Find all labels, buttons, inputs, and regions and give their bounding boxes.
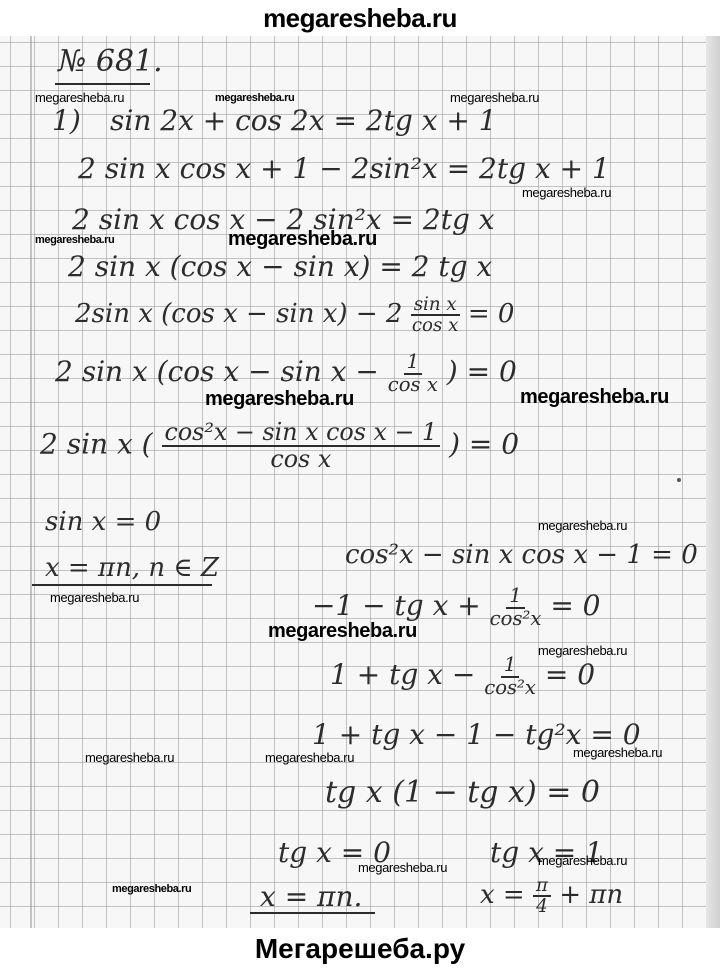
case2-eq3: 1 + tg x − 1cos²x = 0 bbox=[330, 655, 595, 698]
watermark: megaresheba.ru bbox=[35, 234, 114, 246]
footer-site-banner: Мегарешеба.ру bbox=[0, 928, 720, 969]
margin-line bbox=[30, 36, 32, 928]
watermark: megaresheba.ru bbox=[228, 228, 377, 251]
equation-line-4: 2 sin x (cos x − sin x) = 2 tg x bbox=[68, 250, 492, 283]
case1-solution: x = πn, n ∈ Z bbox=[45, 553, 219, 583]
watermark: megaresheba.ru bbox=[450, 90, 539, 105]
case1-equation: sin x = 0 bbox=[45, 507, 161, 537]
line6-fraction: 1cos x bbox=[388, 352, 438, 395]
problem-number: № 681. bbox=[58, 44, 163, 79]
line5-right: = 0 bbox=[468, 299, 515, 329]
case2-eq1: cos²x − sin x cos x − 1 = 0 bbox=[345, 540, 698, 570]
equation-line-2: 2 sin x cos x + 1 − 2sin²x = 2tg x + 1 bbox=[78, 152, 610, 185]
line7-fraction: cos²x − sin x cos x − 1cos x bbox=[162, 420, 441, 472]
equation-line-5: 2sin x (cos x − sin x) − 2 sin xcos x = … bbox=[75, 295, 514, 335]
header-site-banner: megaresheba.ru bbox=[0, 0, 720, 36]
watermark: megaresheba.ru bbox=[538, 518, 627, 533]
watermark: megaresheba.ru bbox=[112, 883, 191, 895]
watermark: megaresheba.ru bbox=[50, 590, 139, 605]
equation-line-1: sin 2x + cos 2x = 2tg x + 1 bbox=[110, 104, 497, 137]
case2a-solution: x = πn. bbox=[260, 880, 362, 913]
case2b-solution: x = π4 + πn bbox=[480, 876, 623, 916]
watermark: megaresheba.ru bbox=[265, 750, 354, 765]
watermark: megaresheba.ru bbox=[35, 90, 124, 105]
ink-dot bbox=[677, 478, 681, 482]
part-label: 1) bbox=[52, 104, 81, 137]
watermark: megaresheba.ru bbox=[358, 860, 447, 875]
equation-line-7: 2 sin x ( cos²x − sin x cos x − 1cos x )… bbox=[40, 420, 519, 472]
page-edge bbox=[706, 36, 720, 928]
watermark: megaresheba.ru bbox=[522, 185, 611, 200]
case2a-underline bbox=[250, 912, 375, 914]
watermark: megaresheba.ru bbox=[205, 388, 354, 411]
watermark: megaresheba.ru bbox=[268, 620, 417, 643]
case2b-fraction: π4 bbox=[533, 876, 551, 916]
case2-eq2-fraction: 1cos²x bbox=[490, 586, 542, 629]
case2-eq5: tg x (1 − tg x) = 0 bbox=[325, 775, 600, 810]
watermark: megaresheba.ru bbox=[573, 745, 662, 760]
watermark: megaresheba.ru bbox=[215, 92, 294, 104]
line5-left: 2sin x (cos x − sin x) − 2 bbox=[75, 299, 402, 329]
watermark: megaresheba.ru bbox=[85, 750, 174, 765]
case2-eq3-fraction: 1cos²x bbox=[484, 655, 536, 698]
problem-number-underline bbox=[55, 83, 150, 85]
case1-underline bbox=[32, 584, 212, 586]
line5-fraction: sin xcos x bbox=[411, 295, 460, 335]
watermark: megaresheba.ru bbox=[538, 853, 627, 868]
watermark: megaresheba.ru bbox=[520, 386, 669, 409]
watermark: megaresheba.ru bbox=[538, 643, 627, 658]
